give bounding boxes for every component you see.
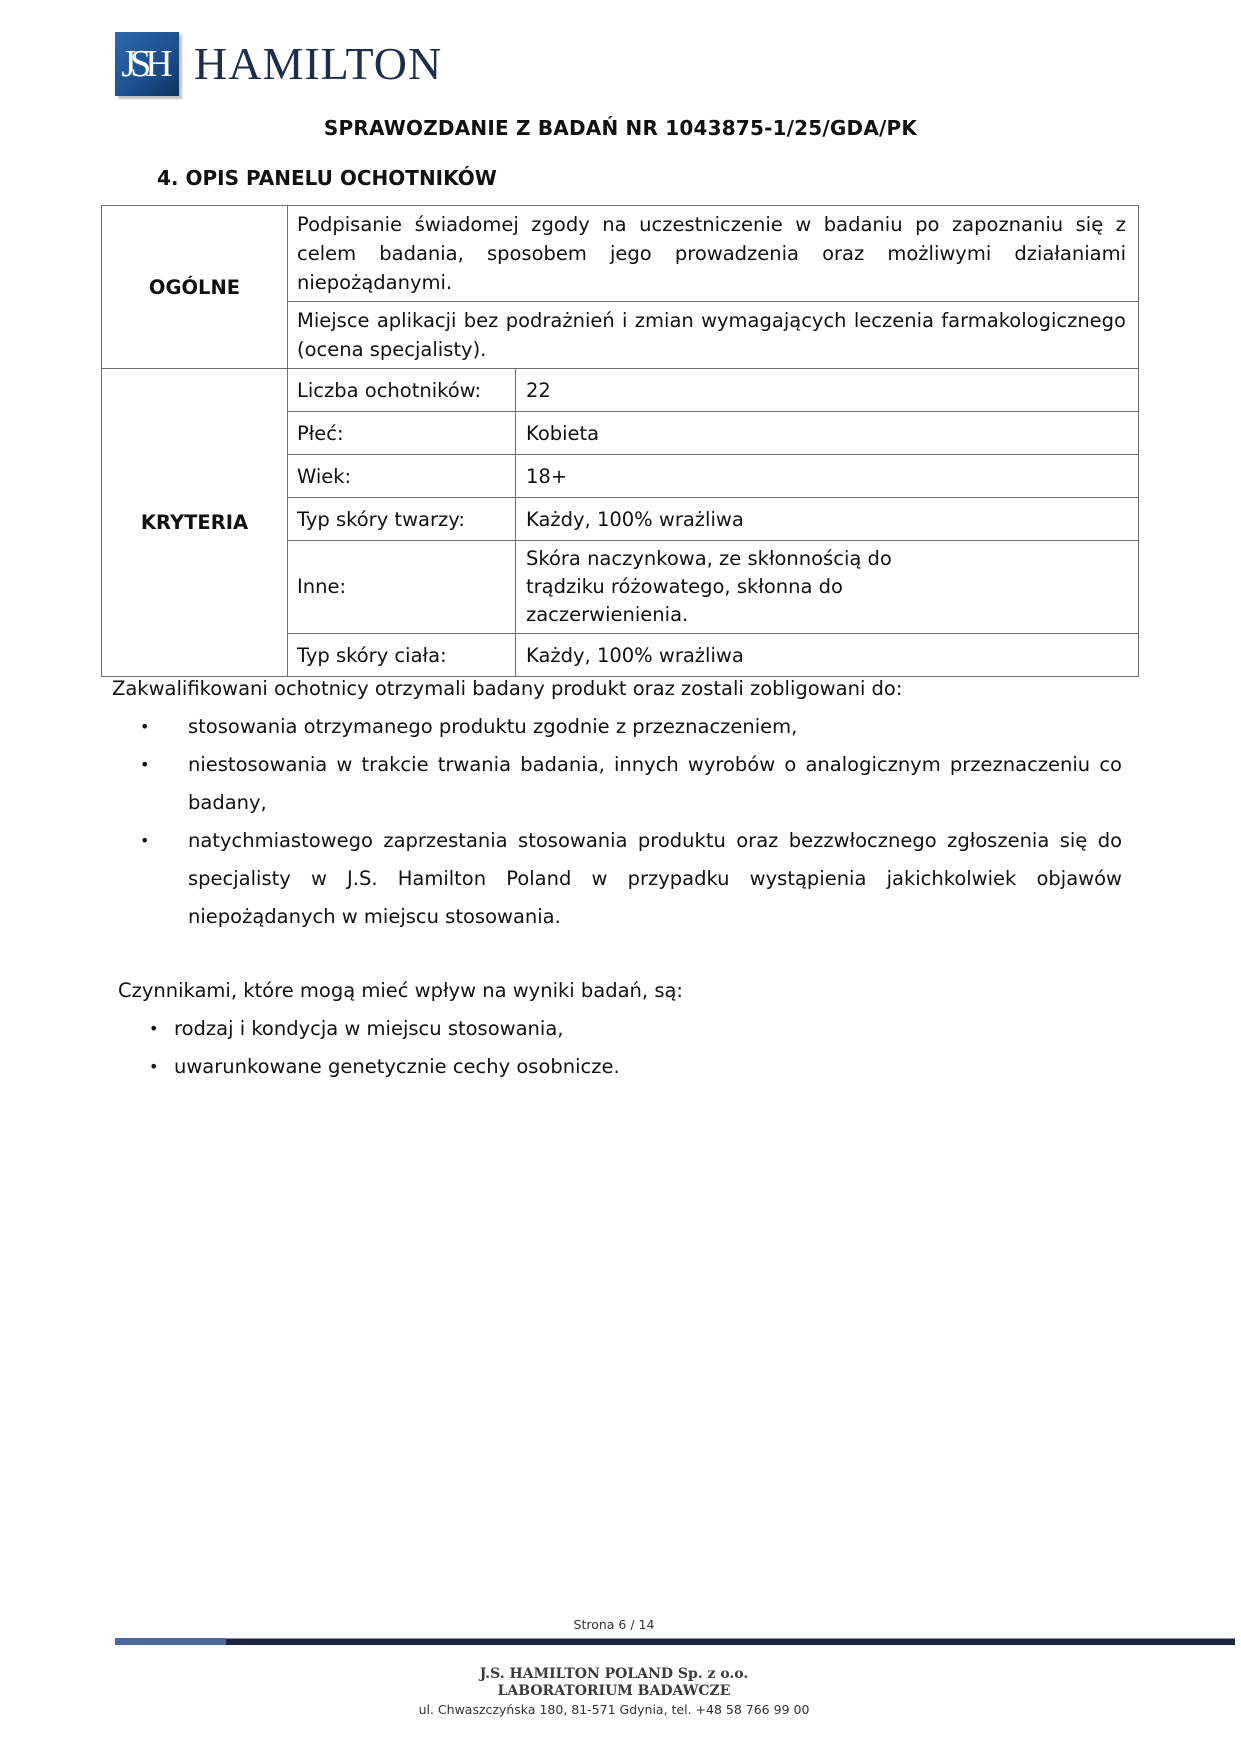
table-row: OGÓLNE Podpisanie świadomej zgody na ucz… bbox=[102, 206, 1139, 302]
criteria-label: Liczba ochotników: bbox=[288, 369, 516, 412]
bullet-icon: • bbox=[149, 1010, 158, 1048]
list-item-text: niestosowania w trakcie trwania badania,… bbox=[188, 753, 1122, 814]
list-item-text: uwarunkowane genetycznie cechy osobnicze… bbox=[174, 1055, 620, 1078]
page-number: Strona 6 / 14 bbox=[0, 1617, 1228, 1632]
list-item-text: rodzaj i kondycja w miejscu stosowania, bbox=[174, 1017, 563, 1040]
list-item: • niestosowania w trakcie trwania badani… bbox=[112, 746, 1122, 822]
criteria-value: Skóra naczynkowa, ze skłonnością do trąd… bbox=[516, 541, 1139, 634]
footer-divider-main bbox=[226, 1638, 1235, 1645]
section-heading: 4. OPIS PANELU OCHOTNIKÓW bbox=[157, 166, 497, 190]
footer-company: J.S. HAMILTON POLAND Sp. z o.o. LABORATO… bbox=[0, 1666, 1228, 1700]
footer-company-name: J.S. HAMILTON POLAND Sp. z o.o. bbox=[0, 1666, 1228, 1683]
factors-intro: Czynnikami, które mogą mieć wpływ na wyn… bbox=[118, 972, 683, 1010]
bullet-icon: • bbox=[149, 1048, 158, 1086]
company-logo: JSH HAMILTON bbox=[115, 31, 442, 97]
category-general: OGÓLNE bbox=[102, 206, 288, 369]
logo-mark: JSH bbox=[115, 32, 179, 96]
category-criteria: KRYTERIA bbox=[102, 369, 288, 677]
volunteer-panel-table: OGÓLNE Podpisanie świadomej zgody na ucz… bbox=[101, 205, 1139, 677]
criteria-value: 22 bbox=[516, 369, 1139, 412]
footer-address: ul. Chwaszczyńska 180, 81-571 Gdynia, te… bbox=[0, 1702, 1228, 1717]
criteria-value: 18+ bbox=[516, 455, 1139, 498]
general-requirement: Miejsce aplikacji bez podrażnień i zmian… bbox=[288, 302, 1139, 369]
logo-mark-text: JSH bbox=[121, 42, 166, 86]
criteria-value: Kobieta bbox=[516, 412, 1139, 455]
list-item: • stosowania otrzymanego produktu zgodni… bbox=[112, 708, 1122, 746]
obligations-list: • stosowania otrzymanego produktu zgodni… bbox=[112, 708, 1122, 936]
report-title: SPRAWOZDANIE Z BADAŃ NR 1043875-1/25/GDA… bbox=[0, 116, 1241, 140]
criteria-label: Płeć: bbox=[288, 412, 516, 455]
footer-divider-accent bbox=[115, 1638, 226, 1645]
bullet-icon: • bbox=[140, 822, 149, 860]
logo-wordmark: HAMILTON bbox=[194, 41, 442, 87]
bullet-icon: • bbox=[140, 708, 149, 746]
criteria-label: Inne: bbox=[288, 541, 516, 634]
list-item: • natychmiastowego zaprzestania stosowan… bbox=[112, 822, 1122, 936]
list-item-text: natychmiastowego zaprzestania stosowania… bbox=[188, 829, 1122, 928]
obligations-intro: Zakwalifikowani ochotnicy otrzymali bada… bbox=[112, 670, 902, 708]
list-item: • rodzaj i kondycja w miejscu stosowania… bbox=[118, 1010, 620, 1048]
factors-list: • rodzaj i kondycja w miejscu stosowania… bbox=[118, 1010, 620, 1086]
bullet-icon: • bbox=[140, 746, 149, 784]
list-item-text: stosowania otrzymanego produktu zgodnie … bbox=[188, 715, 797, 738]
list-item: • uwarunkowane genetycznie cechy osobnic… bbox=[118, 1048, 620, 1086]
criteria-label: Wiek: bbox=[288, 455, 516, 498]
general-requirement: Podpisanie świadomej zgody na uczestnicz… bbox=[288, 206, 1139, 302]
criteria-label: Typ skóry twarzy: bbox=[288, 498, 516, 541]
footer-divider bbox=[115, 1638, 1235, 1645]
table-row: KRYTERIA Liczba ochotników: 22 bbox=[102, 369, 1139, 412]
criteria-value: Każdy, 100% wrażliwa bbox=[516, 498, 1139, 541]
footer-company-unit: LABORATORIUM BADAWCZE bbox=[0, 1683, 1228, 1700]
